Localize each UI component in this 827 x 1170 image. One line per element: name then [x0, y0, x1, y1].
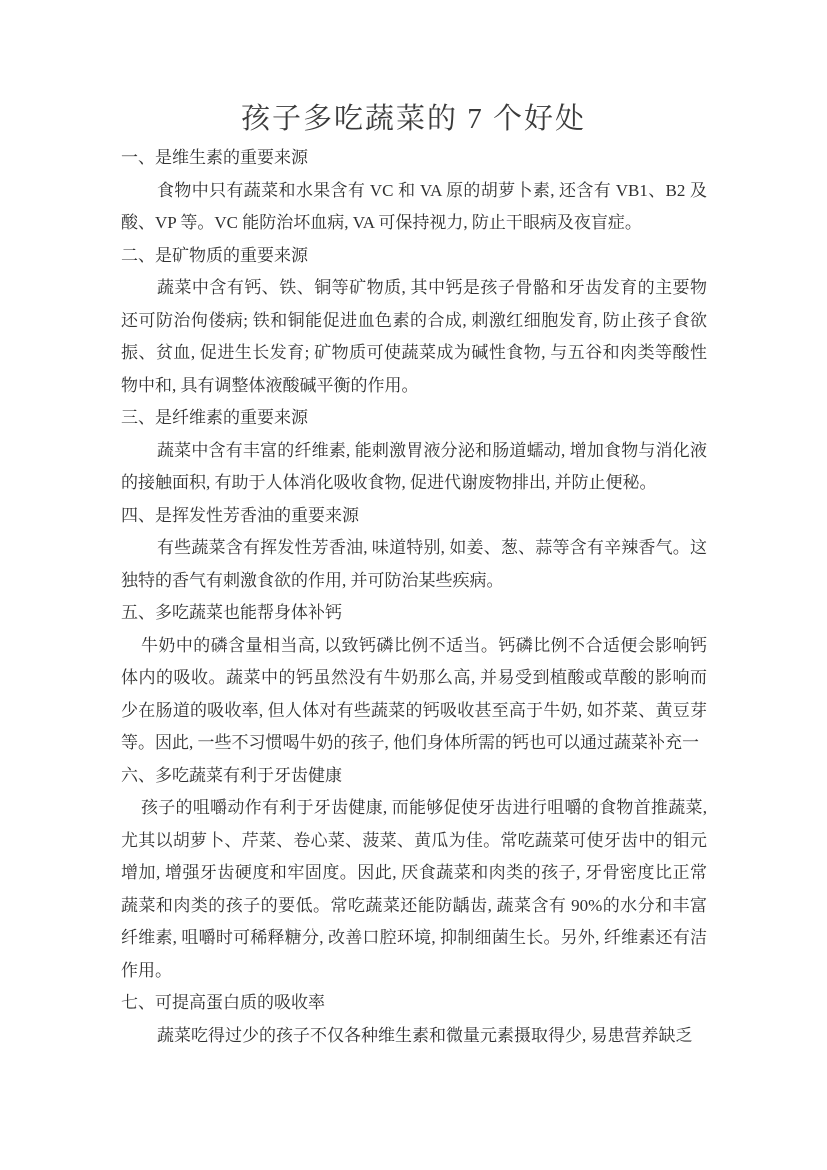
paragraph-line: 尤其以胡萝卜、芹菜、卷心菜、菠菜、黄瓜为佳。常吃蔬菜可使牙齿中的钼元素 [121, 825, 707, 858]
paragraph-line: 振、贫血, 促进生长发育; 矿物质可使蔬菜成为碱性食物, 与五谷和肉类等酸性食 [121, 337, 707, 370]
paragraph-line: 少在肠道的吸收率, 但人体对有些蔬菜的钙吸收甚至高于牛奶, 如芥菜、黄豆芽菜 [121, 695, 707, 728]
document-title: 孩子多吃蔬菜的 7 个好处 [0, 96, 827, 137]
paragraph-line: 蔬菜吃得过少的孩子不仅各种维生素和微量元素摄取得少, 易患营养缺乏症, [121, 1020, 707, 1053]
paragraph-line: 酸、VP 等。VC 能防治坏血病, VA 可保持视力, 防止干眼病及夜盲症。 [121, 207, 707, 240]
paragraph-line: 的接触面积, 有助于人体消化吸收食物, 促进代谢废物排出, 并防止便秘。 [121, 467, 707, 500]
section-heading: 二、是矿物质的重要来源 [121, 240, 707, 273]
paragraph-line: 独特的香气有刺激食欲的作用, 并可防治某些疾病。 [121, 565, 707, 598]
document-page: 孩子多吃蔬菜的 7 个好处 一、是维生素的重要来源食物中只有蔬菜和水果含有 VC… [0, 0, 827, 1170]
paragraph-line: 等。因此, 一些不习惯喝牛奶的孩子, 他们身体所需的钙也可以通过蔬菜补充一些。 [121, 727, 707, 760]
paragraph-line: 孩子的咀嚼动作有利于牙齿健康, 而能够促使牙齿进行咀嚼的食物首推蔬菜, [121, 792, 707, 825]
paragraph-line: 牛奶中的磷含量相当高, 以致钙磷比例不适当。钙磷比例不合适便会影响钙在 [121, 630, 707, 663]
paragraph-line: 有些蔬菜含有挥发性芳香油, 味道特别, 如姜、葱、蒜等含有辛辣香气。这种 [121, 532, 707, 565]
paragraph-line: 食物中只有蔬菜和水果含有 VC 和 VA 原的胡萝卜素, 还含有 VB1、B2 … [121, 175, 707, 208]
document-body: 一、是维生素的重要来源食物中只有蔬菜和水果含有 VC 和 VA 原的胡萝卜素, … [121, 142, 707, 1052]
section-heading: 四、是挥发性芳香油的重要来源 [121, 500, 707, 533]
section-heading: 六、多吃蔬菜有利于牙齿健康 [121, 760, 707, 793]
paragraph-line: 蔬菜和肉类的孩子的要低。常吃蔬菜还能防龋齿, 蔬菜含有 90%的水分和丰富的 [121, 890, 707, 923]
paragraph-line: 物中和, 具有调整体液酸碱平衡的作用。 [121, 370, 707, 403]
paragraph-line: 纤维素, 咀嚼时可稀释糖分, 改善口腔环境, 抑制细菌生长。另外, 纤维素还有洁… [121, 922, 707, 955]
paragraph-line: 体内的吸收。蔬菜中的钙虽然没有牛奶那么高, 并易受到植酸或草酸的影响而减 [121, 662, 707, 695]
section-heading: 一、是维生素的重要来源 [121, 142, 707, 175]
paragraph-line: 增加, 增强牙齿硬度和牢固度。因此, 厌食蔬菜和肉类的孩子, 牙骨密度比正常吃 [121, 857, 707, 890]
paragraph-line: 蔬菜中含有钙、铁、铜等矿物质, 其中钙是孩子骨骼和牙齿发育的主要物质, [121, 272, 707, 305]
paragraph-line: 蔬菜中含有丰富的纤维素, 能刺激胃液分泌和肠道蠕动, 增加食物与消化液 [121, 435, 707, 468]
paragraph-line: 还可防治佝偻病; 铁和铜能促进血色素的合成, 刺激红细胞发育, 防止孩子食欲不 [121, 305, 707, 338]
section-heading: 五、多吃蔬菜也能帮身体补钙 [121, 597, 707, 630]
paragraph-line: 作用。 [121, 955, 707, 988]
section-heading: 三、是纤维素的重要来源 [121, 402, 707, 435]
section-heading: 七、可提高蛋白质的吸收率 [121, 987, 707, 1020]
